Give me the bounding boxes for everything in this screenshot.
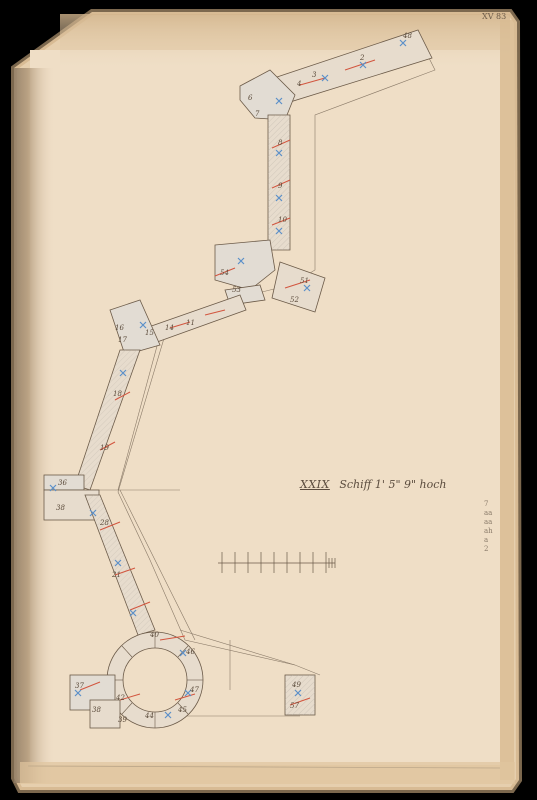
title-numeral: XXIX	[300, 478, 330, 491]
title-text: Schiff 1' 5" 9" hoch	[339, 478, 446, 491]
svg-text:54: 54	[220, 269, 229, 277]
svg-text:52: 52	[290, 296, 299, 304]
drawing-title: XXIX Schiff 1' 5" 9" hoch	[300, 478, 447, 491]
svg-text:40: 40	[149, 631, 159, 639]
svg-text:11: 11	[186, 319, 195, 327]
svg-text:51: 51	[300, 277, 309, 285]
svg-text:44: 44	[144, 712, 154, 720]
svg-text:19: 19	[100, 444, 109, 452]
svg-text:2: 2	[359, 54, 365, 62]
svg-text:46: 46	[185, 648, 195, 656]
svg-text:37: 37	[75, 682, 84, 690]
svg-text:3: 3	[312, 71, 317, 79]
svg-text:21: 21	[111, 571, 121, 579]
architectural-plan: 48 2 3 4 6 7 8 9 10 54 51 52 53 11 14 15…	[0, 0, 537, 800]
svg-text:38: 38	[56, 504, 65, 512]
svg-text:39: 39	[118, 716, 127, 724]
svg-text:9: 9	[278, 182, 283, 190]
svg-text:15: 15	[145, 329, 154, 337]
svg-text:6: 6	[248, 94, 253, 102]
svg-text:10: 10	[278, 216, 287, 224]
svg-text:18: 18	[113, 390, 122, 398]
svg-text:48: 48	[402, 32, 412, 40]
svg-text:17: 17	[118, 336, 127, 344]
svg-text:49: 49	[291, 681, 301, 689]
corner-mark: XV 83	[482, 12, 506, 21]
svg-text:36: 36	[58, 479, 67, 487]
svg-text:45: 45	[177, 706, 187, 714]
svg-text:14: 14	[165, 324, 174, 332]
svg-text:38: 38	[92, 706, 101, 714]
svg-text:53: 53	[232, 286, 241, 294]
svg-text:8: 8	[278, 139, 283, 147]
svg-text:7: 7	[255, 110, 260, 118]
drawing-sheet: 48 2 3 4 6 7 8 9 10 54 51 52 53 11 14 15…	[0, 0, 537, 800]
svg-text:47: 47	[189, 686, 199, 694]
margin-notes: 7 aa aa ah a 2	[484, 500, 504, 554]
svg-text:57: 57	[290, 702, 299, 710]
svg-text:16: 16	[115, 324, 124, 332]
svg-text:4: 4	[296, 80, 301, 88]
svg-text:42: 42	[115, 694, 125, 702]
svg-text:28: 28	[99, 519, 109, 527]
